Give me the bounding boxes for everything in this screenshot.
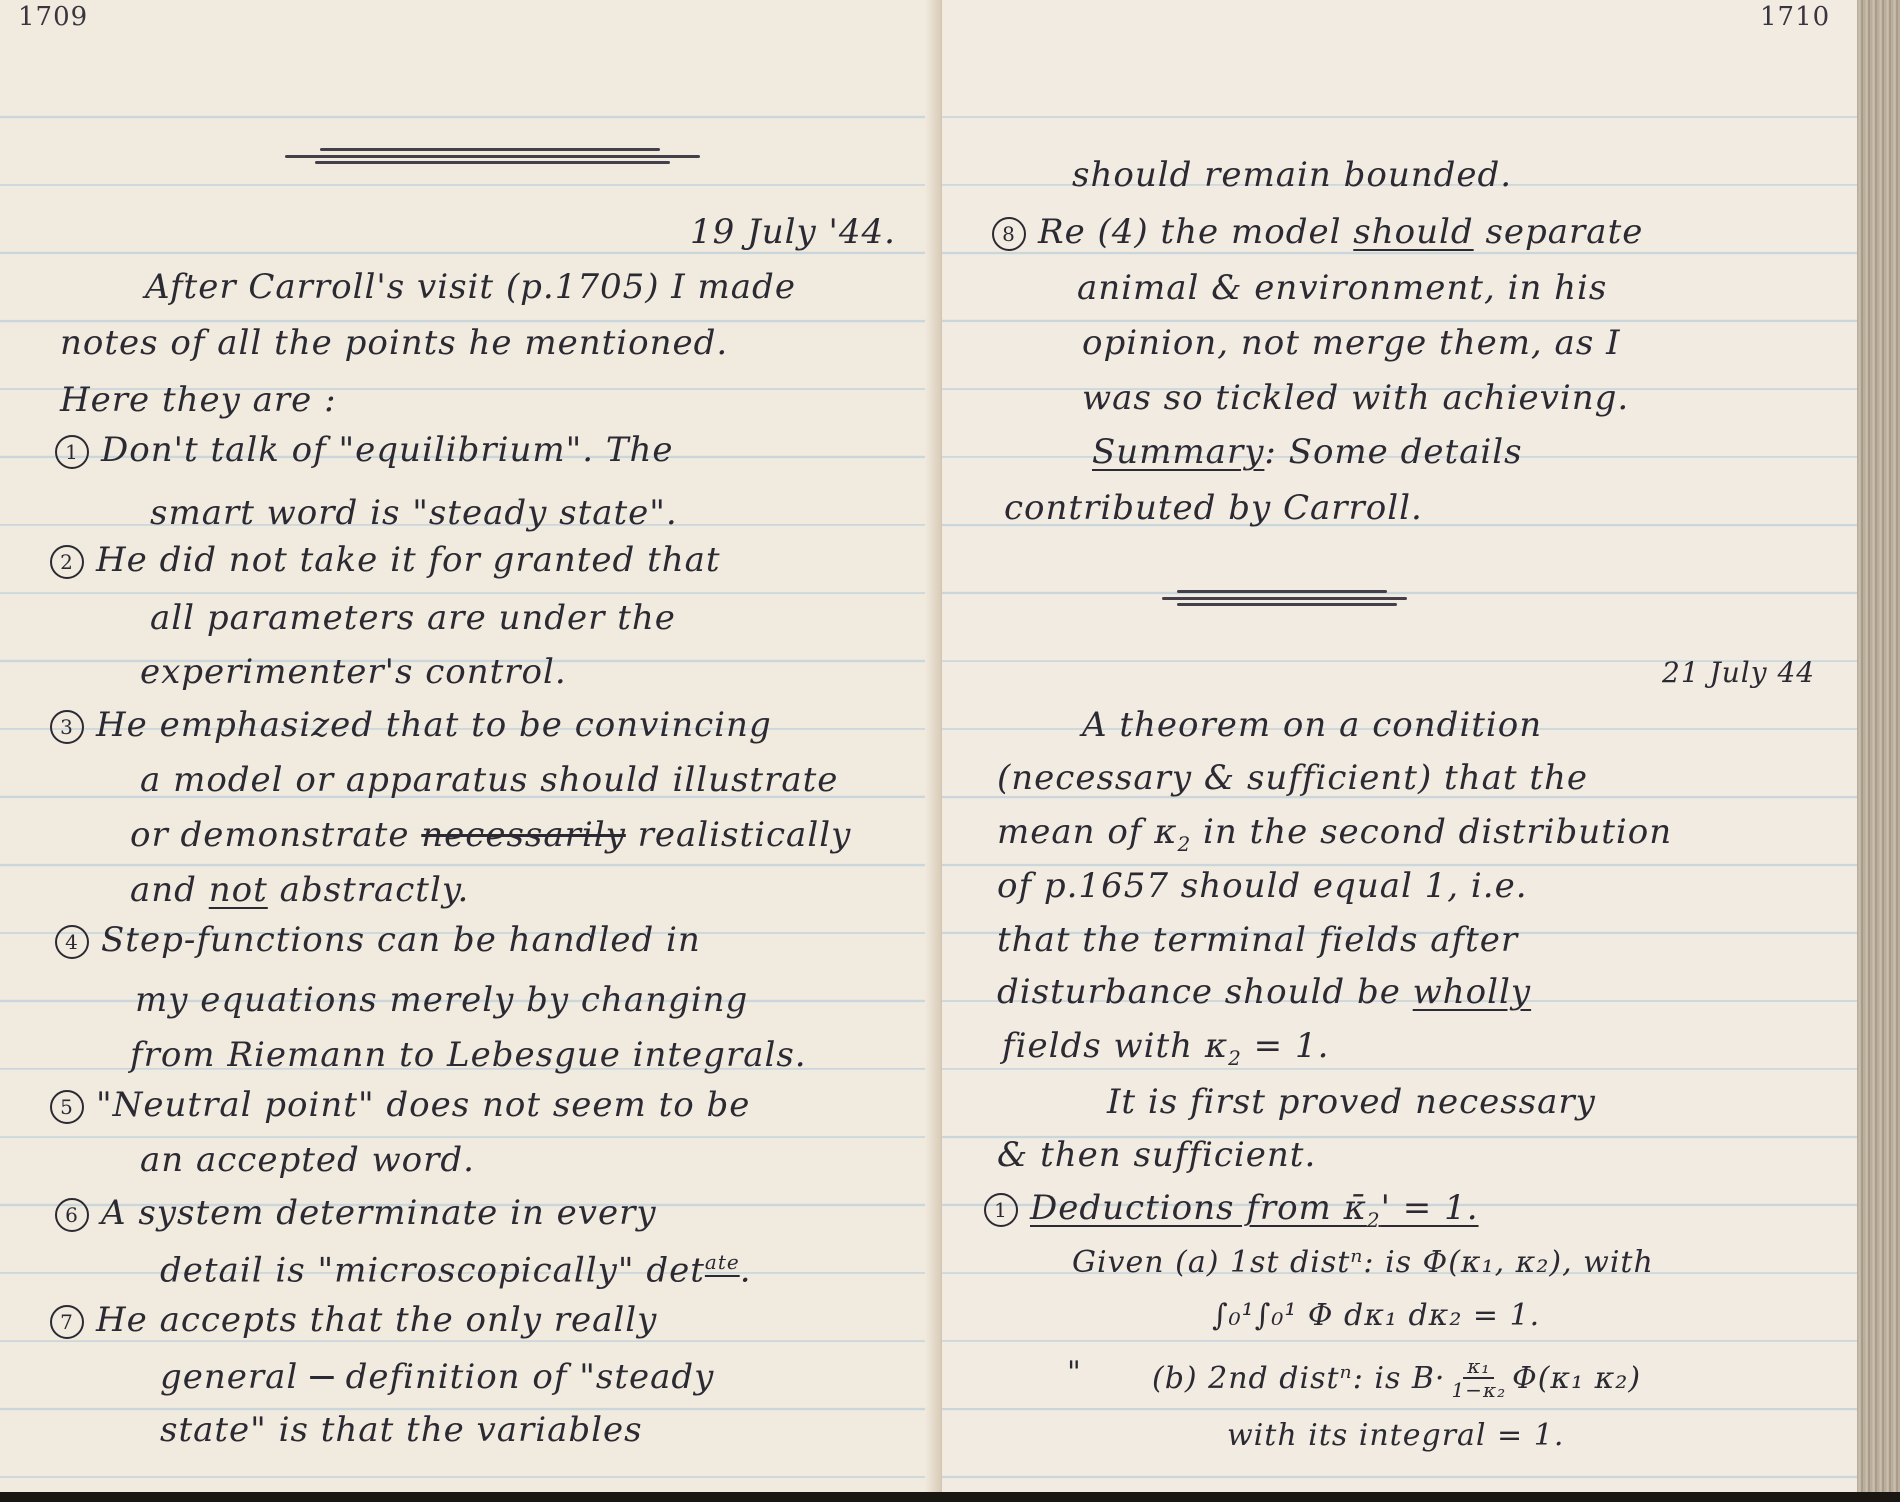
deductions-heading: 1Deductions from κ̄2' = 1. xyxy=(984,1188,1479,1232)
point-3-line-3: or demonstrate necessarily realistically xyxy=(130,815,851,855)
point-8-line-4: was so tickled with achieving. xyxy=(1082,378,1629,418)
page-edges xyxy=(1857,0,1900,1492)
page-number-left: 1709 xyxy=(18,2,88,32)
page-number-right: 1710 xyxy=(1760,2,1830,32)
theorem-line-7: fields with κ2 = 1. xyxy=(1002,1026,1329,1070)
ditto-mark: " xyxy=(1067,1355,1082,1390)
intro-line-2: notes of all the points he mentioned. xyxy=(60,323,728,363)
notebook-spread: 1709 19 July '44. After Carroll's visit … xyxy=(0,0,1900,1492)
point-2-line-3: experimenter's control. xyxy=(140,652,567,692)
theorem-line-5: that the terminal fields after xyxy=(997,920,1518,960)
proof-note-line-2: & then sufficient. xyxy=(997,1135,1316,1175)
underlined-wholly: wholly xyxy=(1413,972,1531,1012)
point-6: 6A system determinate in every xyxy=(55,1193,657,1233)
point-4-line-3: from Riemann to Lebesgue integrals. xyxy=(130,1035,807,1075)
point-number-6: 6 xyxy=(55,1198,89,1232)
point-2-line-2: all parameters are under the xyxy=(150,598,676,638)
theorem-line-2: (necessary & sufficient) that the xyxy=(997,758,1588,798)
point-number-7: 7 xyxy=(50,1305,84,1339)
fraction: κ₁ 1−κ₂ xyxy=(1451,1355,1506,1401)
point-3-line-4: and not abstractly. xyxy=(130,870,469,910)
point-7-line-3: state" is that the variables xyxy=(160,1410,643,1450)
point-5-line-2: an accepted word. xyxy=(140,1140,475,1180)
point-4: 4Step-functions can be handled in xyxy=(55,920,701,960)
summary-line-2: contributed by Carroll. xyxy=(1004,488,1423,528)
point-8-line-3: opinion, not merge them, as I xyxy=(1082,323,1621,363)
point-3: 3He emphasized that to be convincing xyxy=(50,705,772,745)
point-7-line-2: general definition of "steady xyxy=(160,1357,714,1397)
intro-line-3: Here they are : xyxy=(60,380,337,420)
point-8-line-2: animal & environment, in his xyxy=(1077,268,1607,308)
point-8: 8Re (4) the model should separate xyxy=(992,212,1643,252)
theorem-line-1: A theorem on a condition xyxy=(1082,705,1542,745)
left-page: 1709 19 July '44. After Carroll's visit … xyxy=(0,0,940,1492)
underlined-should: should xyxy=(1353,212,1473,252)
summary-label: Summary xyxy=(1092,432,1264,472)
theorem-line-4: of p.1657 should equal 1, i.e. xyxy=(997,866,1528,906)
integral-a: ∫₀¹∫₀¹ Φ dκ₁ dκ₂ = 1. xyxy=(1212,1298,1540,1333)
section-divider-top xyxy=(285,148,705,166)
point-number-1: 1 xyxy=(55,435,89,469)
underlined-not: not xyxy=(209,870,268,910)
given-a-line: Given (a) 1st distⁿ: is Φ(κ₁, κ₂), with xyxy=(1072,1245,1654,1280)
scan-bottom-border xyxy=(0,1492,1900,1502)
theorem-line-6: disturbance should be wholly xyxy=(997,972,1531,1012)
proof-note-line-1: It is first proved necessary xyxy=(1107,1082,1596,1122)
point-3-line-2: a model or apparatus should illustrate xyxy=(140,760,838,800)
point-number-4: 4 xyxy=(55,925,89,959)
intro-line-1: After Carroll's visit (p.1705) I made xyxy=(145,267,796,307)
entry-date-19-july: 19 July '44. xyxy=(690,212,896,252)
entry-date-21-july: 21 July 44 xyxy=(1662,656,1815,689)
point-1: 1Don't talk of "equilibrium". The xyxy=(55,430,674,470)
point-2: 2He did not take it for granted that xyxy=(50,540,721,580)
point-6-line-2: detail is "microscopically" detate. xyxy=(160,1250,752,1290)
point-4-line-2: my equations merely by changing xyxy=(135,980,748,1020)
section-divider-bottom xyxy=(1162,590,1412,608)
struck-out-mark xyxy=(310,1357,334,1397)
given-b-line: (b) 2nd distⁿ: is B· κ₁ 1−κ₂ Φ(κ₁ κ₂) xyxy=(1152,1355,1641,1401)
struck-out-word: necessarily xyxy=(421,815,626,855)
point-5: 5"Neutral point" does not seem to be xyxy=(50,1085,750,1125)
integral-b: with its integral = 1. xyxy=(1227,1418,1564,1453)
continuation-line: should remain bounded. xyxy=(1072,155,1512,195)
right-page: 1710 should remain bounded. 8Re (4) the … xyxy=(942,0,1857,1492)
point-1-line-2: smart word is "steady state". xyxy=(150,493,678,533)
summary-line: Summary: Some details xyxy=(1092,432,1523,472)
theorem-line-3: mean of κ2 in the second distribution xyxy=(997,812,1672,856)
point-7: 7He accepts that the only really xyxy=(50,1300,657,1340)
point-number-2: 2 xyxy=(50,545,84,579)
point-number-8: 8 xyxy=(992,217,1026,251)
deduction-number-1: 1 xyxy=(984,1193,1018,1227)
point-number-5: 5 xyxy=(50,1090,84,1124)
point-number-3: 3 xyxy=(50,710,84,744)
